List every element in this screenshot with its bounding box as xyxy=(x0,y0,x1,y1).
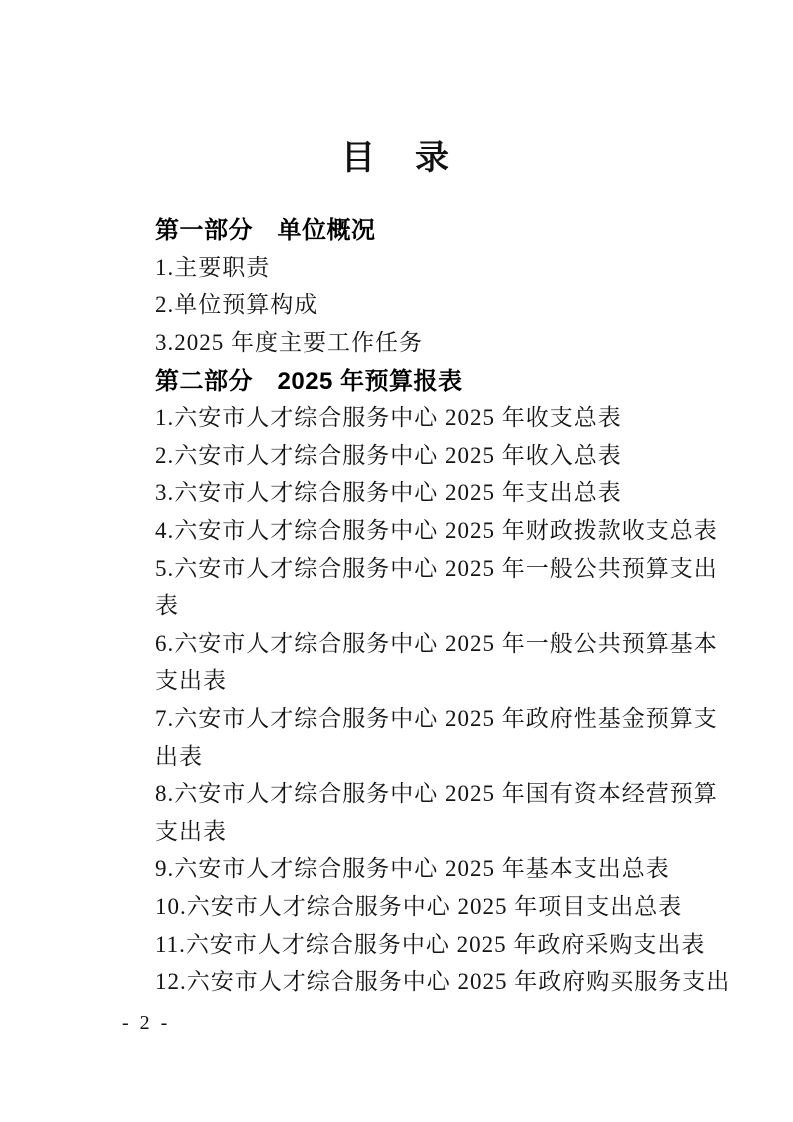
toc-item: 9.六安市人才综合服务中心 2025 年基本支出总表 xyxy=(155,848,715,886)
toc-item: 6.六安市人才综合服务中心 2025 年一般公共预算基本 xyxy=(155,623,715,661)
document-page: 目 录 第一部分 单位概况 1.主要职责 2.单位预算构成 3.2025 年度主… xyxy=(0,0,793,1122)
toc-item: 2.单位预算构成 xyxy=(155,284,715,322)
toc-item: 12.六安市人才综合服务中心 2025 年政府购买服务支出 xyxy=(155,961,715,999)
page-number: - 2 - xyxy=(122,1012,170,1035)
toc-item-continuation: 表 xyxy=(155,585,715,623)
toc-part2-heading: 第二部分 2025 年预算报表 xyxy=(155,359,715,397)
toc-item: 7.六安市人才综合服务中心 2025 年政府性基金预算支 xyxy=(155,698,715,736)
toc-item: 1.主要职责 xyxy=(155,247,715,285)
page-title: 目 录 xyxy=(0,130,793,179)
toc-item-continuation: 出表 xyxy=(155,735,715,773)
toc-item: 5.六安市人才综合服务中心 2025 年一般公共预算支出 xyxy=(155,547,715,585)
toc-item: 1.六安市人才综合服务中心 2025 年收支总表 xyxy=(155,397,715,435)
toc-item-continuation: 支出表 xyxy=(155,811,715,849)
toc-item: 3.2025 年度主要工作任务 xyxy=(155,322,715,360)
toc-item: 2.六安市人才综合服务中心 2025 年收入总表 xyxy=(155,435,715,473)
toc-part1-heading: 第一部分 单位概况 xyxy=(155,209,715,247)
toc-item: 10.六安市人才综合服务中心 2025 年项目支出总表 xyxy=(155,886,715,924)
toc-item: 3.六安市人才综合服务中心 2025 年支出总表 xyxy=(155,472,715,510)
toc-item-continuation: 支出表 xyxy=(155,660,715,698)
toc-item: 8.六安市人才综合服务中心 2025 年国有资本经营预算 xyxy=(155,773,715,811)
table-of-contents: 第一部分 单位概况 1.主要职责 2.单位预算构成 3.2025 年度主要工作任… xyxy=(155,209,715,998)
toc-item: 4.六安市人才综合服务中心 2025 年财政拨款收支总表 xyxy=(155,510,715,548)
toc-item: 11.六安市人才综合服务中心 2025 年政府采购支出表 xyxy=(155,923,715,961)
